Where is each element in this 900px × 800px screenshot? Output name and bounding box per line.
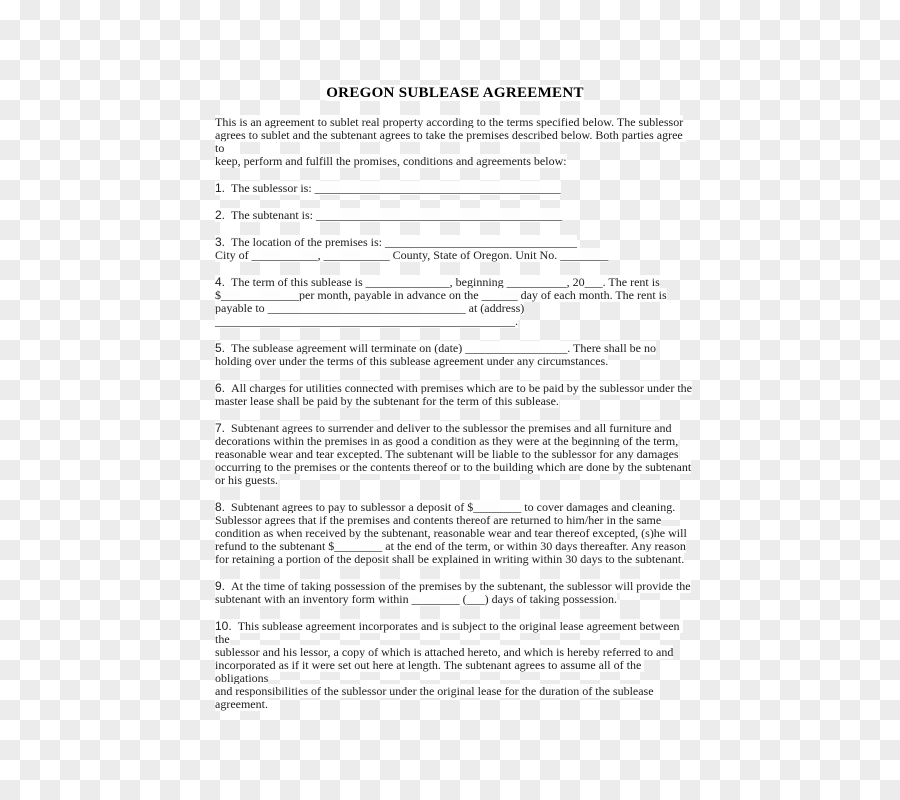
clause-10-number: 10. <box>215 619 232 633</box>
clause-5-text: The sublease agreement will terminate on… <box>215 341 656 368</box>
clause-1-text: The sublessor is: ______________________… <box>231 181 561 195</box>
clause-7-text: Subtenant agrees to surrender and delive… <box>215 421 691 487</box>
document-title: OREGON SUBLEASE AGREEMENT <box>215 86 695 101</box>
clause-8: 8.Subtenant agrees to pay to sublessor a… <box>215 501 695 566</box>
intro-paragraph-text: This is an agreement to sublet real prop… <box>215 115 686 168</box>
clause-10-text: This sublease agreement incorporates and… <box>215 619 683 711</box>
clause-1-number: 1. <box>215 181 225 195</box>
clause-2-text: The subtenant is: ______________________… <box>231 208 562 222</box>
document-title-text: OREGON SUBLEASE AGREEMENT <box>326 85 584 101</box>
clause-9-text: At the time of taking possession of the … <box>215 579 691 606</box>
clause-4-text: The term of this sublease is ___________… <box>215 275 667 328</box>
clause-4-number: 4. <box>215 275 225 289</box>
clause-7-number: 7. <box>215 421 225 435</box>
clause-3-text: The location of the premises is: _______… <box>215 235 608 262</box>
clause-8-number: 8. <box>215 500 225 514</box>
clause-8-text: Subtenant agrees to pay to sublessor a d… <box>215 500 687 566</box>
clause-6-number: 6. <box>215 381 225 395</box>
clause-7: 7.Subtenant agrees to surrender and deli… <box>215 422 695 487</box>
clause-3-number: 3. <box>215 235 225 249</box>
clause-10: 10.This sublease agreement incorporates … <box>215 620 695 711</box>
clause-2: 2.The subtenant is: ____________________… <box>215 209 695 222</box>
intro-paragraph: This is an agreement to sublet real prop… <box>215 116 695 168</box>
clause-5-number: 5. <box>215 341 225 355</box>
clause-9-number: 9. <box>215 579 225 593</box>
clause-5: 5.The sublease agreement will terminate … <box>215 342 695 368</box>
clause-1: 1.The sublessor is: ____________________… <box>215 182 695 195</box>
clause-6-text: All charges for utilities connected with… <box>215 381 692 408</box>
document-page: OREGON SUBLEASE AGREEMENT This is an agr… <box>215 0 695 725</box>
clause-4: 4.The term of this sublease is _________… <box>215 276 695 328</box>
clause-9: 9.At the time of taking possession of th… <box>215 580 695 606</box>
transparency-checkerboard: { "colors": { "checker-gray": "#ececec",… <box>0 0 900 800</box>
clause-6: 6.All charges for utilities connected wi… <box>215 382 695 408</box>
clause-3: 3.The location of the premises is: _____… <box>215 236 695 262</box>
clause-2-number: 2. <box>215 208 225 222</box>
